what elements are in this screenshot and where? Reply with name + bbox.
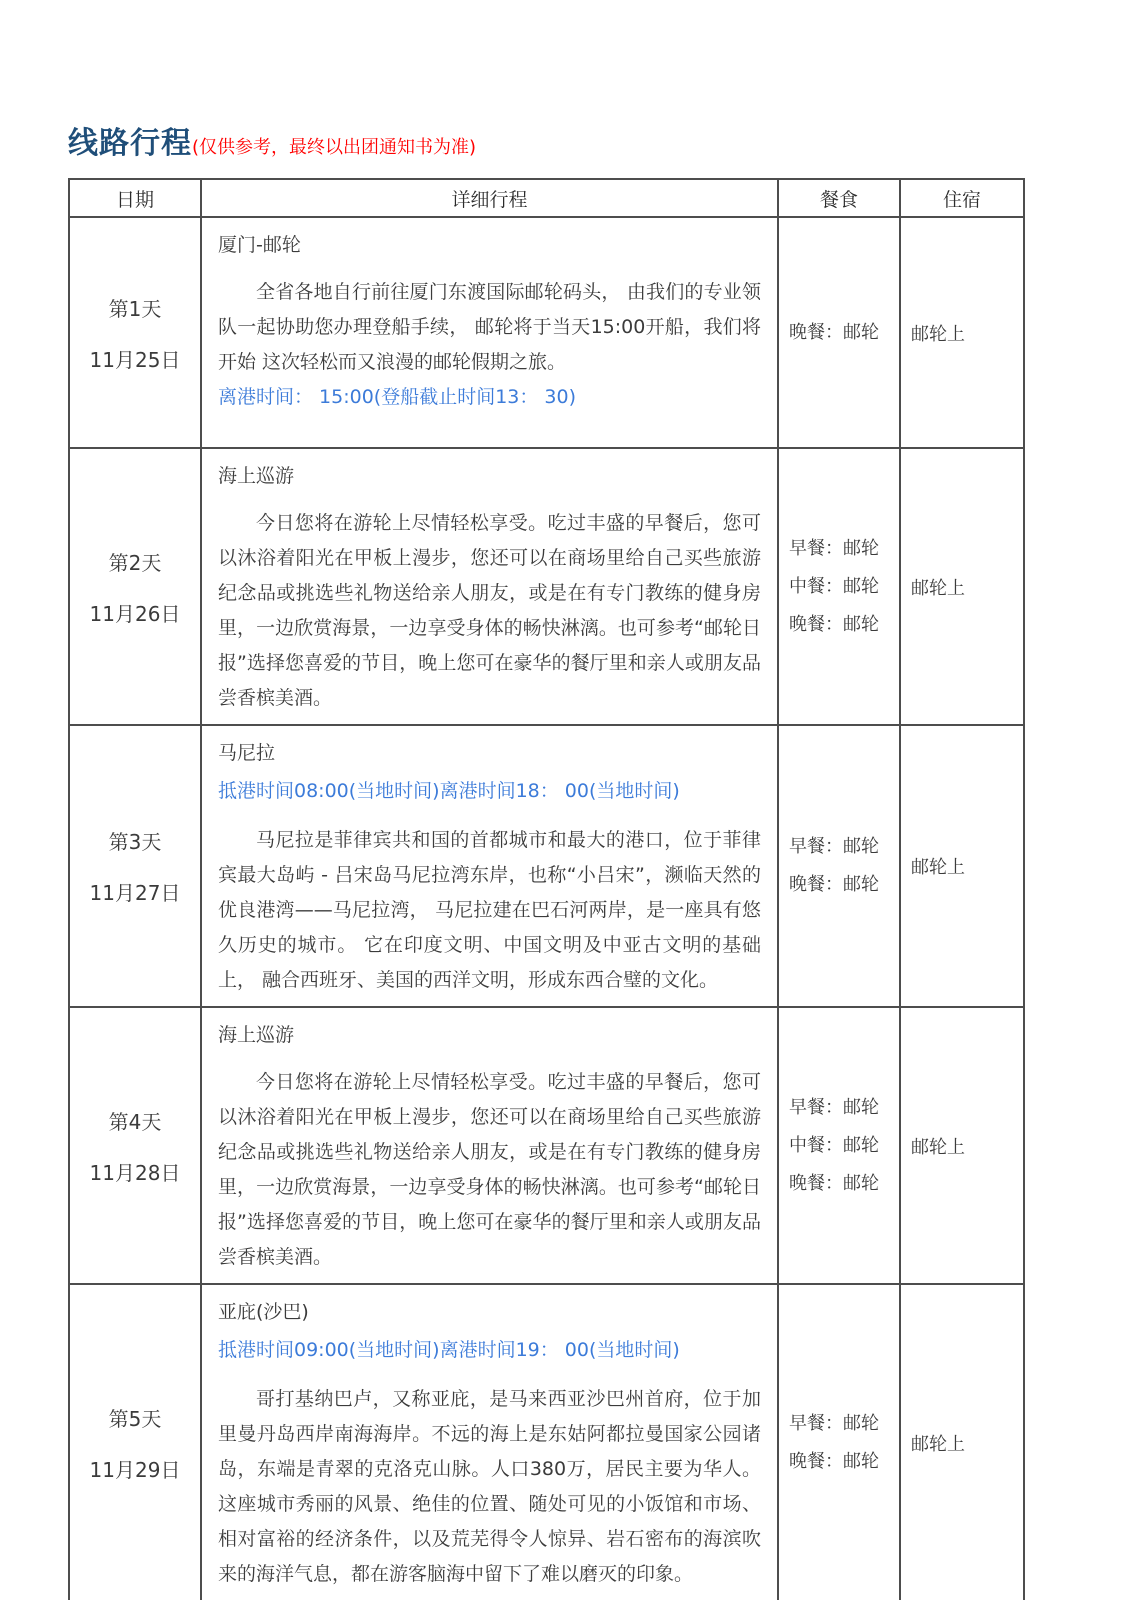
column-header-stay: 住宿 bbox=[900, 179, 1024, 217]
stay-cell: 邮轮上 bbox=[900, 1007, 1024, 1284]
doc-title-line: 线路行程(仅供参考，最终以出团通知书为准) bbox=[68, 118, 1023, 162]
meal-line: 早餐：邮轮 bbox=[789, 828, 899, 866]
meals-cell: 早餐：邮轮 晚餐：邮轮 bbox=[778, 725, 900, 1007]
stay-cell: 邮轮上 bbox=[900, 725, 1024, 1007]
meal-line: 晚餐：邮轮 bbox=[789, 866, 899, 904]
meals-cell: 早餐：邮轮 中餐：邮轮 晚餐：邮轮 bbox=[778, 448, 900, 725]
detail-paragraph: 马尼拉是菲律宾共和国的首都城市和最大的港口，位于菲律宾最大岛屿 - 吕宋岛马尼拉… bbox=[218, 823, 761, 998]
date-cell: 第4天 11月28日 bbox=[69, 1007, 201, 1284]
meal-line: 中餐：邮轮 bbox=[789, 1127, 899, 1165]
date-label: 11月27日 bbox=[70, 877, 200, 906]
table-row-day1: 第1天 11月25日 厦门-邮轮 全省各地自行前往厦门东渡国际邮轮码头， 由我们… bbox=[69, 217, 1024, 448]
detail-title: 厦门-邮轮 bbox=[218, 228, 761, 263]
date-cell: 第1天 11月25日 bbox=[69, 217, 201, 448]
date-cell: 第3天 11月27日 bbox=[69, 725, 201, 1007]
date-label: 11月28日 bbox=[70, 1157, 200, 1186]
meals-cell: 晚餐：邮轮 bbox=[778, 217, 900, 448]
detail-title: 海上巡游 bbox=[218, 1018, 761, 1053]
day-label: 第5天 bbox=[70, 1403, 200, 1432]
detail-cell: 海上巡游 今日您将在游轮上尽情轻松享受。吃过丰盛的早餐后，您可以沐浴着阳光在甲板… bbox=[201, 1007, 778, 1284]
page-title: 线路行程 bbox=[68, 126, 192, 161]
detail-time-note: 抵港时间08:00(当地时间)离港时间18： 00(当地时间) bbox=[218, 774, 761, 809]
day-label: 第4天 bbox=[70, 1106, 200, 1135]
detail-paragraph: 全省各地自行前往厦门东渡国际邮轮码头， 由我们的专业领队一起协助您办理登船手续，… bbox=[218, 275, 761, 380]
meal-line: 晚餐：邮轮 bbox=[789, 606, 899, 644]
table-row-day3: 第3天 11月27日 马尼拉 抵港时间08:00(当地时间)离港时间18： 00… bbox=[69, 725, 1024, 1007]
detail-paragraph: 哥打基纳巴卢，又称亚庇，是马来西亚沙巴州首府，位于加里曼丹岛西岸南海海岸。不远的… bbox=[218, 1382, 761, 1592]
stay-cell: 邮轮上 bbox=[900, 1284, 1024, 1600]
date-label: 11月26日 bbox=[70, 598, 200, 627]
date-label: 11月25日 bbox=[70, 344, 200, 373]
meal-line: 中餐：邮轮 bbox=[789, 568, 899, 606]
detail-time-note: 抵港时间09:00(当地时间)离港时间19： 00(当地时间) bbox=[218, 1333, 761, 1368]
meal-line: 晚餐：邮轮 bbox=[789, 1165, 899, 1203]
column-header-date: 日期 bbox=[69, 179, 201, 217]
detail-cell: 厦门-邮轮 全省各地自行前往厦门东渡国际邮轮码头， 由我们的专业领队一起协助您办… bbox=[201, 217, 778, 448]
table-header-row: 日期 详细行程 餐食 住宿 bbox=[69, 179, 1024, 217]
stay-cell: 邮轮上 bbox=[900, 448, 1024, 725]
detail-paragraph: 今日您将在游轮上尽情轻松享受。吃过丰盛的早餐后，您可以沐浴着阳光在甲板上漫步，您… bbox=[218, 1065, 761, 1275]
detail-paragraph: 今日您将在游轮上尽情轻松享受。吃过丰盛的早餐后，您可以沐浴着阳光在甲板上漫步，您… bbox=[218, 506, 761, 716]
day-label: 第2天 bbox=[70, 547, 200, 576]
column-header-meals: 餐食 bbox=[778, 179, 900, 217]
detail-cell: 亚庇(沙巴) 抵港时间09:00(当地时间)离港时间19： 00(当地时间) 哥… bbox=[201, 1284, 778, 1600]
meal-line: 晚餐：邮轮 bbox=[789, 314, 899, 352]
detail-title: 马尼拉 bbox=[218, 736, 761, 771]
meal-line: 早餐：邮轮 bbox=[789, 530, 899, 568]
detail-title: 亚庇(沙巴) bbox=[218, 1295, 761, 1330]
date-cell: 第2天 11月26日 bbox=[69, 448, 201, 725]
stay-cell: 邮轮上 bbox=[900, 217, 1024, 448]
table-row-day4: 第4天 11月28日 海上巡游 今日您将在游轮上尽情轻松享受。吃过丰盛的早餐后，… bbox=[69, 1007, 1024, 1284]
table-row-day5: 第5天 11月29日 亚庇(沙巴) 抵港时间09:00(当地时间)离港时间19：… bbox=[69, 1284, 1024, 1600]
column-header-detail: 详细行程 bbox=[201, 179, 778, 217]
table-row-day2: 第2天 11月26日 海上巡游 今日您将在游轮上尽情轻松享受。吃过丰盛的早餐后，… bbox=[69, 448, 1024, 725]
detail-title: 海上巡游 bbox=[218, 459, 761, 494]
itinerary-table: 日期 详细行程 餐食 住宿 第1天 11月25日 厦门-邮轮 全省各地自行前往厦… bbox=[68, 178, 1025, 1600]
meals-cell: 早餐：邮轮 晚餐：邮轮 bbox=[778, 1284, 900, 1600]
day-label: 第1天 bbox=[70, 293, 200, 322]
meal-line: 早餐：邮轮 bbox=[789, 1405, 899, 1443]
document: 线路行程(仅供参考，最终以出团通知书为准) 日期 详细行程 餐食 住宿 第1天 … bbox=[0, 0, 1023, 1600]
day-label: 第3天 bbox=[70, 826, 200, 855]
meal-line: 晚餐：邮轮 bbox=[789, 1443, 899, 1481]
detail-time-note: 离港时间： 15:00(登船截止时间13： 30) bbox=[218, 380, 761, 415]
date-label: 11月29日 bbox=[70, 1454, 200, 1483]
detail-cell: 海上巡游 今日您将在游轮上尽情轻松享受。吃过丰盛的早餐后，您可以沐浴着阳光在甲板… bbox=[201, 448, 778, 725]
meal-line: 早餐：邮轮 bbox=[789, 1089, 899, 1127]
title-disclaimer: (仅供参考，最终以出团通知书为准) bbox=[192, 137, 476, 158]
meals-cell: 早餐：邮轮 中餐：邮轮 晚餐：邮轮 bbox=[778, 1007, 900, 1284]
detail-cell: 马尼拉 抵港时间08:00(当地时间)离港时间18： 00(当地时间) 马尼拉是… bbox=[201, 725, 778, 1007]
date-cell: 第5天 11月29日 bbox=[69, 1284, 201, 1600]
